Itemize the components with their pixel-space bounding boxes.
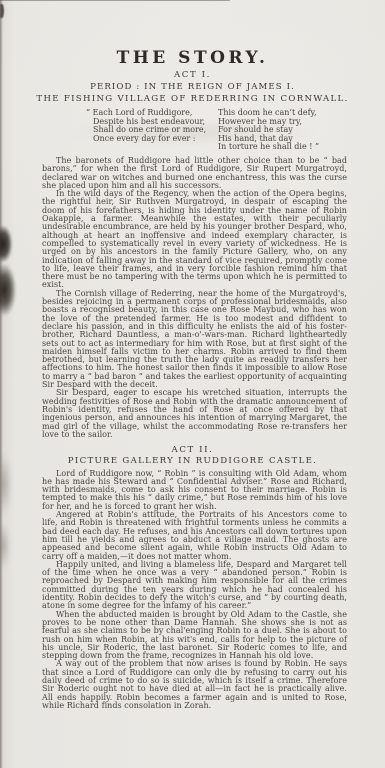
paragraph: The baronets of Ruddigore had little oth… [42, 157, 347, 190]
paragraph: Sir Despard, eager to escape his wretche… [42, 389, 347, 439]
act-1-heading: ACT I. [0, 71, 385, 80]
page-content: THE STORY. ACT I. PERIOD : IN THE REIGN … [0, 0, 385, 710]
page-title: THE STORY. [0, 50, 385, 66]
programme-page: THE STORY. ACT I. PERIOD : IN THE REIGN … [0, 0, 385, 768]
verse-line: In torture he shall die ! ” [218, 143, 319, 152]
verse-right-column: This doom he can’t defy, However he may … [218, 109, 319, 152]
paragraph: Happily united, and living a blameless l… [42, 561, 347, 611]
act-1-scene: THE FISHING VILLAGE OF REDERRING IN CORN… [0, 95, 385, 105]
act-2-scene: PICTURE GALLERY IN RUDDIGORE CASTLE. [0, 457, 385, 467]
verse-line: Once every day for ever : [86, 135, 206, 144]
paragraph: In the wild days of the Regency, when th… [42, 190, 347, 290]
act-1-section: ACT I. PERIOD : IN THE REIGN OF JAMES I.… [0, 71, 385, 439]
curse-verse: “ Each Lord of Ruddigore, Despite his be… [0, 109, 385, 154]
paragraph: When the abducted maiden is brought by O… [42, 611, 347, 661]
verse-left-column: “ Each Lord of Ruddigore, Despite his be… [86, 109, 206, 143]
paragraph: The Cornish village of Rederring, near t… [42, 290, 347, 390]
act-1-period: PERIOD : IN THE REIGN OF JAMES I. [0, 83, 385, 93]
paragraph: Lord of Ruddigore now, “ Robin ” is cons… [42, 470, 347, 511]
paragraph: A way out of the problem that now arises… [42, 660, 347, 710]
act-2-body: Lord of Ruddigore now, “ Robin ” is cons… [42, 470, 347, 711]
act-2-heading: ACT II. [0, 446, 385, 455]
paragraph: Angered at Robin's attitude, the Portrai… [42, 511, 347, 561]
act-1-body: The baronets of Ruddigore had little oth… [42, 157, 347, 439]
act-2-section: ACT II. PICTURE GALLERY IN RUDDIGORE CAS… [0, 446, 385, 710]
